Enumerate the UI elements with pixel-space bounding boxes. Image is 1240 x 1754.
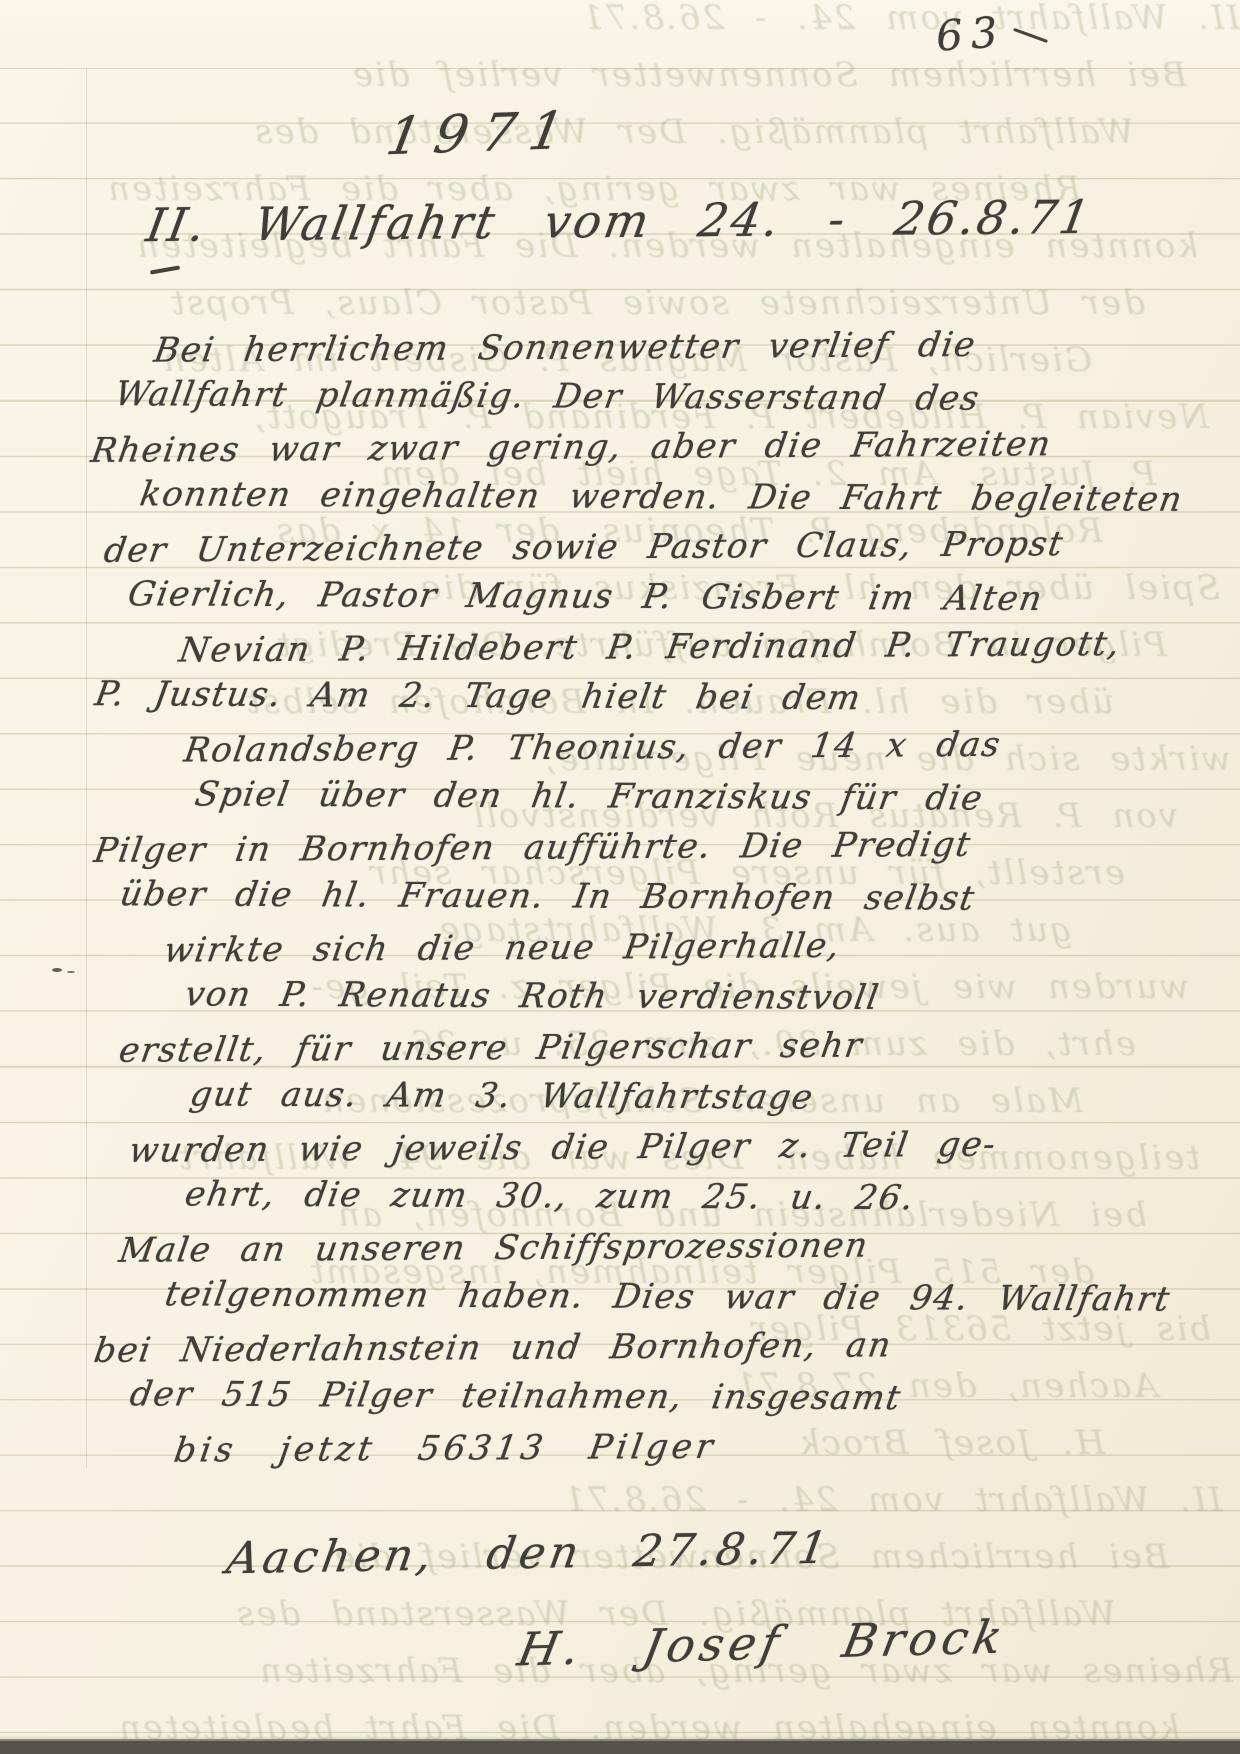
body-line: von P. Renatus Roth verdienstvoll: [181, 969, 1203, 1024]
body-line: konnten eingehalten werden. Die Fahrt be…: [136, 469, 1203, 525]
paper-top-edge: [0, 0, 1240, 69]
pen-flourish: [1014, 28, 1049, 43]
place-and-date: Aachen, den 27.8.71: [223, 1523, 835, 1584]
body-line: Rheines war zwar gering, aber die Fahrze…: [88, 418, 1205, 476]
body-line: bis jetzt 56313 Pilger: [171, 1418, 1205, 1475]
document-title: II. Wallfahrt vom 24. - 26.8.71: [143, 190, 1097, 252]
body-line: Gierlich, Pastor Magnus P. Gisbert im Al…: [124, 569, 1203, 625]
scan-edge-strip: [0, 1739, 1240, 1754]
manuscript-page: II. Wallfahrt vom 24. - 26.8.71Bei herrl…: [0, 0, 1240, 1754]
body-line: wirkte sich die neue Pilgerhalle,: [161, 918, 1205, 975]
body-line: erstellt, für unsere Pilgerschar sehr: [116, 1018, 1205, 1076]
body-line: über die hl. Frauen. In Bornhofen selbst: [116, 869, 1203, 925]
body-line: Pilger in Bornhofen aufführte. Die Predi…: [91, 818, 1205, 876]
body-line: Male an unseren Schiffsprozessionen: [116, 1218, 1205, 1276]
body-line: ehrt, die zum 30., zum 25. u. 26.: [181, 1169, 1203, 1224]
body-line: der Unterzeichnete sowie Pastor Claus, P…: [101, 518, 1205, 576]
body-line: Bei herrlichem Sonnenwetter verlief die: [151, 318, 1205, 375]
body-line: Nevian P. Hildebert P. Ferdinand P. Trau…: [176, 618, 1205, 675]
body-line: wurden wie jeweils die Pilger z. Teil ge…: [126, 1118, 1205, 1175]
body-line: Rolandsberg P. Theonius, der 14 x das: [181, 718, 1205, 775]
body-line: teilgenommen haben. Dies war die 94. Wal…: [161, 1269, 1203, 1324]
page-number-text: 63: [934, 7, 1007, 61]
body-line: Wallfahrt planmäßig. Der Wasserstand des: [111, 369, 1203, 425]
body-line: P. Justus. Am 2. Tage hielt bei dem: [91, 669, 1203, 725]
year-heading: 1971: [382, 101, 582, 168]
body-line: gut aus. Am 3. Wallfahrtstage: [186, 1069, 1203, 1124]
signature: H. Josef Brock: [514, 1610, 1012, 1677]
handwritten-body: Bei herrlichem Sonnenwetter verlief die …: [0, 322, 1200, 1472]
underline-dash: [150, 265, 180, 274]
body-line: bei Niederlahnstein und Bornhofen, an: [91, 1318, 1205, 1376]
body-line: der 515 Pilger teilnahmen, insgesamt: [126, 1369, 1203, 1425]
body-line: Spiel über den hl. Franziskus für die: [191, 769, 1203, 824]
page-number: 63: [934, 4, 1047, 61]
